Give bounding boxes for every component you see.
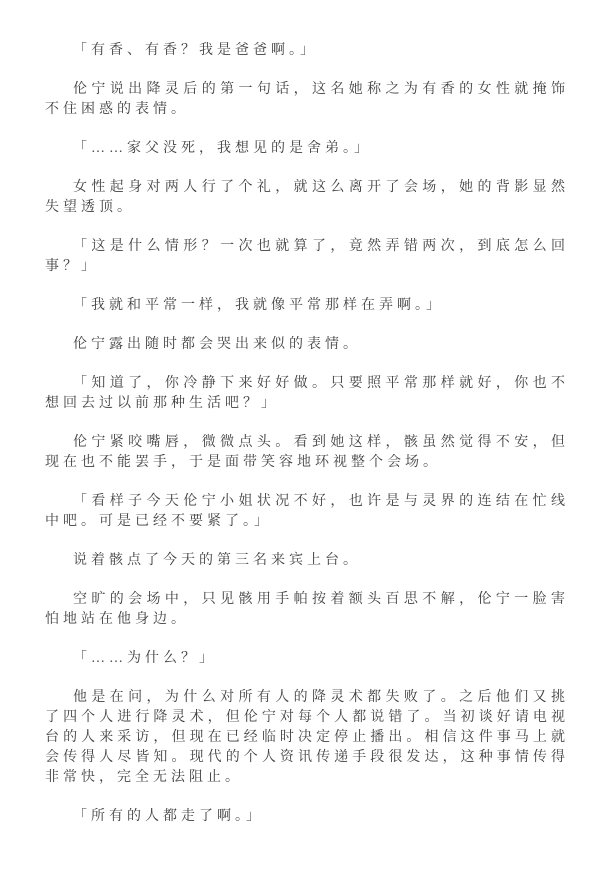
narration-paragraph: 说着骸点了今天的第三名来宾上台。 (45, 551, 569, 571)
dialogue-paragraph: 「……家父没死，我想见的是舍弟。」 (45, 139, 569, 159)
book-page: 「有香、有香？我是爸爸啊。」 伦宁说出降灵后的第一句话，这名她称之为有香的女性就… (0, 0, 613, 869)
dialogue-paragraph: 「所有的人都走了啊。」 (45, 807, 569, 827)
dialogue-paragraph: 「这是什么情形？一次也就算了，竟然弄错两次，到底怎么回事？」 (45, 237, 569, 277)
narration-paragraph: 伦宁露出随时都会哭出来似的表情。 (45, 335, 569, 355)
dialogue-paragraph: 「……为什么？」 (45, 649, 569, 669)
narration-paragraph: 伦宁紧咬嘴唇，微微点头。看到她这样，骸虽然觉得不安，但现在也不能罢手，于是面带笑… (45, 433, 569, 473)
narration-paragraph: 他是在问，为什么对所有人的降灵术都失败了。之后他们又挑了四个人进行降灵术，但伦宁… (45, 688, 569, 788)
narration-paragraph: 女性起身对两人行了个礼，就这么离开了会场，她的背影显然失望透顶。 (45, 178, 569, 218)
narration-paragraph: 空旷的会场中，只见骸用手帕按着额头百思不解，伦宁一脸害怕地站在他身边。 (45, 590, 569, 630)
narration-paragraph: 伦宁说出降灵后的第一句话，这名她称之为有香的女性就掩饰不住困惑的表情。 (45, 80, 569, 120)
dialogue-paragraph: 「我就和平常一样，我就像平常那样在弄啊。」 (45, 296, 569, 316)
dialogue-paragraph: 「有香、有香？我是爸爸啊。」 (45, 41, 569, 61)
dialogue-paragraph: 「看样子今天伦宁小姐状况不好，也许是与灵界的连结在忙线中吧。可是已经不要紧了。」 (45, 492, 569, 532)
dialogue-paragraph: 「知道了，你冷静下来好好做。只要照平常那样就好，你也不想回去过以前那种生活吧？」 (45, 374, 569, 414)
